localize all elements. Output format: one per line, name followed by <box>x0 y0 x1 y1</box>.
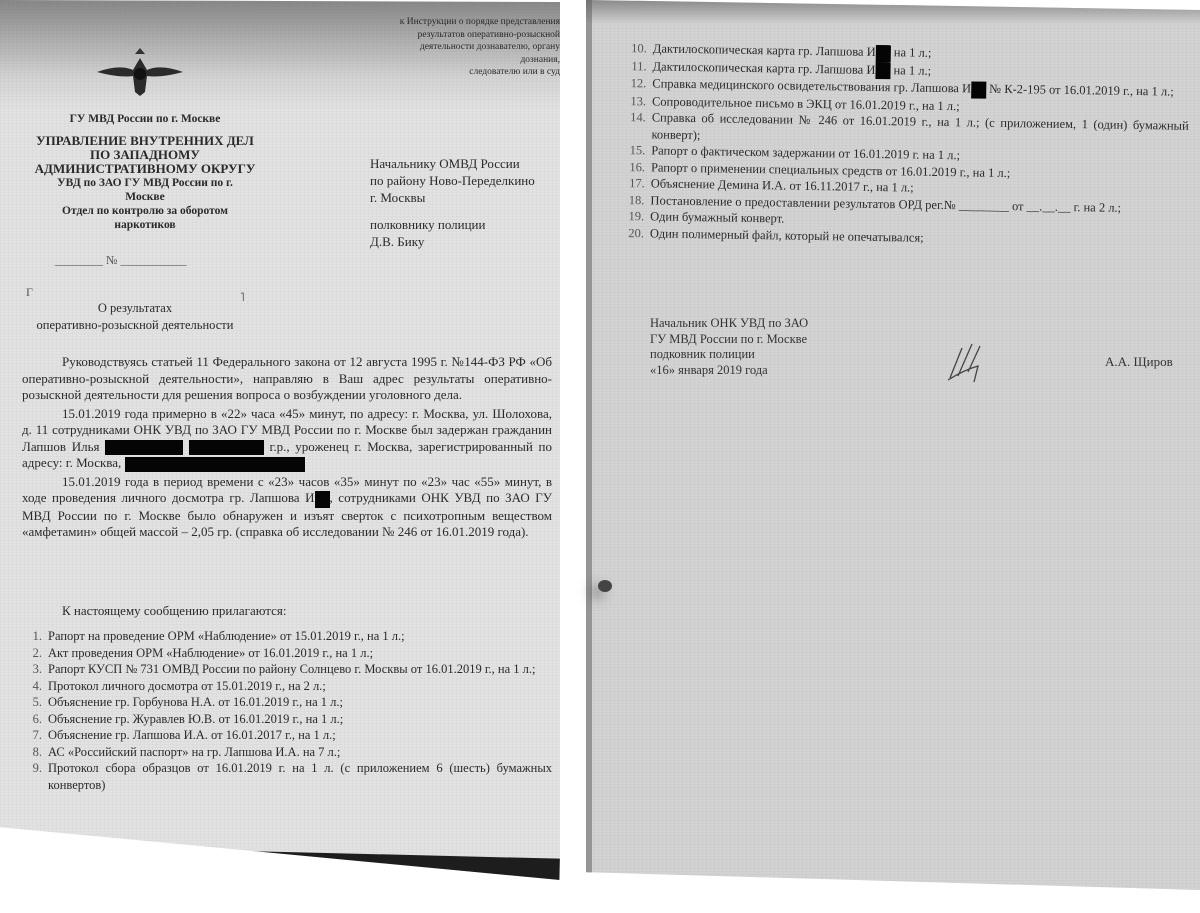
attachment-item: 4.Протокол личного досмотра от 15.01.201… <box>20 678 552 695</box>
attachments-list: 1.Рапорт на проведение ОРМ «Наблюдение» … <box>20 628 552 793</box>
signatory-block: Начальник ОНК УВД по ЗАО ГУ МВД России п… <box>650 316 880 378</box>
signatory-line: Начальник ОНК УВД по ЗАО <box>650 316 880 332</box>
redaction-block <box>875 62 890 79</box>
instruction-reference: к Инструкции о порядке представления рез… <box>380 16 560 79</box>
redaction-block <box>189 440 264 455</box>
attachment-text: Протокол сбора образцов от 16.01.2019 г.… <box>48 760 552 793</box>
addressee-line: г. Москвы <box>370 189 560 206</box>
sub-department-line: наркотиков <box>30 218 260 232</box>
attachment-number: 2. <box>20 645 48 662</box>
stamp-line: деятельности дознавателю, органу дознани… <box>380 41 560 66</box>
attachment-number: 10. <box>625 40 653 58</box>
attachment-number: 15. <box>623 142 651 159</box>
stamp-line: результатов оперативно-розыскной <box>380 29 560 42</box>
redaction-block <box>876 45 891 62</box>
addressee-name: Д.В. Бику <box>370 233 560 250</box>
attachment-text: Рапорт КУСП № 731 ОМВД России по району … <box>48 661 552 678</box>
sub-department-line: Москве <box>30 190 260 204</box>
attachment-number: 19. <box>622 208 650 225</box>
department-line: УПРАВЛЕНИЕ ВНУТРЕННИХ ДЕЛ <box>30 134 260 148</box>
attachment-item: 1.Рапорт на проведение ОРМ «Наблюдение» … <box>20 628 552 645</box>
signatory-name: А.А. Щиров <box>1105 354 1173 370</box>
addressee-line: по району Ново-Переделкино <box>370 172 560 189</box>
attachment-number: 18. <box>622 192 650 209</box>
document-body: Руководствуясь статьей 11 Федерального з… <box>22 354 552 543</box>
addressee-line: Начальнику ОМВД России <box>370 155 560 172</box>
attachment-number: 16. <box>623 159 651 176</box>
attachment-number: 8. <box>20 744 48 761</box>
signature-icon <box>944 340 994 385</box>
signatory-line: ГУ МВД России по г. Москве <box>650 332 880 348</box>
scan-edge <box>586 0 592 890</box>
attachment-item: 6.Объяснение гр. Журавлев Ю.В. от 16.01.… <box>20 711 552 728</box>
ink-smudge <box>598 580 612 592</box>
subject-line: О результатах <box>20 300 250 317</box>
scan-shadow <box>586 0 1200 24</box>
attachment-number: 6. <box>20 711 48 728</box>
attachment-number: 7. <box>20 727 48 744</box>
stamp-line: к Инструкции о порядке представления <box>380 16 560 29</box>
attachment-item: 7.Объяснение гр. Лапшова И.А. от 16.01.2… <box>20 727 552 744</box>
attachment-number: 14. <box>623 109 652 142</box>
attachment-number: 3. <box>20 661 48 678</box>
subject-line: оперативно-розыскной деятельности <box>20 317 250 334</box>
paragraph-detention: 15.01.2019 года примерно в «22» часа «45… <box>22 406 552 472</box>
attachment-text: Объяснение гр. Горбунова Н.А. от 16.01.2… <box>48 694 552 711</box>
attachment-text: Акт проведения ОРМ «Наблюдение» от 16.01… <box>48 645 552 662</box>
department-line: ПО ЗАПАДНОМУ <box>30 148 260 162</box>
attachment-text: Объяснение гр. Журавлев Ю.В. от 16.01.20… <box>48 711 552 728</box>
attachment-item: 3.Рапорт КУСП № 731 ОМВД России по район… <box>20 661 552 678</box>
document-page-1: ГУ МВД России по г. Москве УПРАВЛЕНИЕ ВН… <box>0 0 560 880</box>
addressee-rank: полковнику полиции <box>370 216 560 233</box>
sub-department-line: УВД по ЗАО ГУ МВД России по г. <box>30 176 260 190</box>
attachment-number: 11. <box>624 58 652 76</box>
signatory-line: подковник полиции <box>650 347 880 363</box>
scan-dark-edge <box>0 845 560 880</box>
redaction-block <box>315 491 330 508</box>
attachment-item: 9.Протокол сбора образцов от 16.01.2019 … <box>20 760 552 793</box>
attachment-number: 12. <box>624 75 652 93</box>
signature-date: «16» января 2019 года <box>650 363 880 379</box>
document-subject: О результатах оперативно-розыскной деяте… <box>20 300 250 334</box>
redaction-block <box>125 457 305 472</box>
attachment-item: 5.Объяснение гр. Горбунова Н.А. от 16.01… <box>20 694 552 711</box>
attachment-number: 17. <box>623 175 651 192</box>
attachments-heading: К настоящему сообщению прилагаются: <box>62 603 286 619</box>
attachment-item: 8.АС «Российский паспорт» на гр. Лапшова… <box>20 744 552 761</box>
mvd-emblem-icon <box>95 48 185 98</box>
issuing-organization: ГУ МВД России по г. Москве УПРАВЛЕНИЕ ВН… <box>30 112 260 232</box>
ministry-name: ГУ МВД России по г. Москве <box>30 112 260 126</box>
paragraph-legal-basis: Руководствуясь статьей 11 Федерального з… <box>22 354 552 404</box>
department-line: АДМИНИСТРАТИВНОМУ ОКРУГУ <box>30 162 260 176</box>
addressee-block: Начальнику ОМВД России по району Ново-Пе… <box>370 155 560 250</box>
attachment-text: АС «Российский паспорт» на гр. Лапшова И… <box>48 744 552 761</box>
attachment-number: 13. <box>624 93 652 110</box>
redaction-block <box>105 440 183 455</box>
attachment-item: 2.Акт проведения ОРМ «Наблюдение» от 16.… <box>20 645 552 662</box>
attachment-number: 9. <box>20 760 48 793</box>
registration-number-line: ________ № ___________ <box>55 253 245 268</box>
attachment-text: Рапорт на проведение ОРМ «Наблюдение» от… <box>48 628 552 645</box>
sub-department-line: Отдел по контролю за оборотом <box>30 204 260 218</box>
attachment-text: Протокол личного досмотра от 15.01.2019 … <box>48 678 552 695</box>
attachment-text: Объяснение гр. Лапшова И.А. от 16.01.201… <box>48 727 552 744</box>
stamp-line: следователю или в суд <box>380 66 560 79</box>
attachment-number: 1. <box>20 628 48 645</box>
corner-mark-left: Г <box>26 285 33 300</box>
attachment-number: 20. <box>622 225 650 242</box>
attachments-list-continued: 10.Дактилоскопическая карта гр. Лапшова … <box>622 40 1190 250</box>
attachment-number: 5. <box>20 694 48 711</box>
attachment-number: 4. <box>20 678 48 695</box>
paragraph-search: 15.01.2019 года в период времени с «23» … <box>22 474 552 541</box>
redaction-block <box>971 81 986 98</box>
